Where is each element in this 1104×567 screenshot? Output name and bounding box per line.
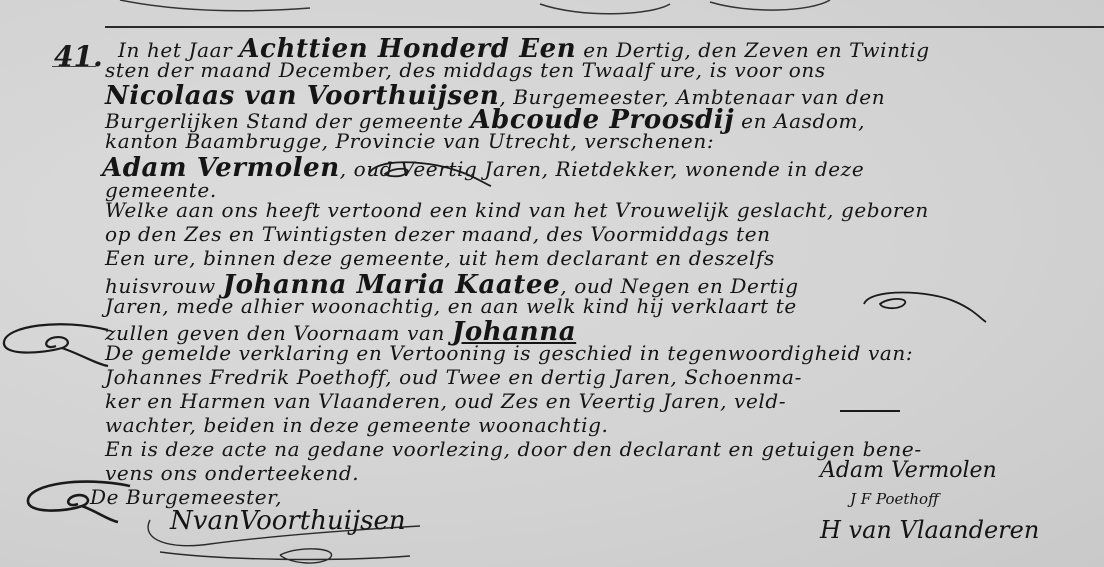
record-line-12: Jaren, mede alhier woonachtig, en aan we… [105, 294, 797, 318]
margin-flourish-1 [0, 320, 110, 370]
declarant-signature: Adam Vermolen [820, 458, 997, 483]
witness-1-signature: J F Poethoff [850, 490, 939, 508]
certificate-page: 41. In het Jaar Achttien Honderd Een en … [0, 0, 1104, 567]
record-line-19: vens ons onderteekend. [105, 461, 359, 485]
margin-flourish-2 [22, 480, 132, 540]
header-rule [105, 26, 1104, 28]
entry-number: 41. [54, 40, 103, 73]
record-line-16: ker en Harmen van Vlaanderen, oud Zes en… [105, 389, 786, 413]
mayor-signature: NvanVoorthuijsen [170, 506, 406, 536]
record-line-5: kanton Baambrugge, Provincie van Utrecht… [105, 129, 714, 153]
witness-2-signature: H van Vlaanderen [820, 516, 1039, 544]
record-line-17: wachter, beiden in deze gemeente woonach… [105, 413, 608, 437]
record-line-2: sten der maand December, des middags ten… [105, 58, 826, 82]
record-line-9: op den Zes en Twintigsten dezer maand, d… [105, 222, 771, 246]
record-line-14: De gemelde verklaring en Vertooning is g… [105, 341, 913, 365]
record-line-8: Welke aan ons heeft vertoond een kind va… [105, 198, 929, 222]
inline-flourish-1 [365, 160, 495, 190]
line-text: en Aasdom, [734, 109, 865, 133]
record-line-18: En is deze acte na gedane voorlezing, do… [105, 437, 922, 461]
closing-dash [840, 410, 900, 412]
record-line-15: Johannes Fredrik Poethoff, oud Twee en d… [105, 365, 802, 389]
inline-flourish-2 [860, 290, 990, 325]
record-line-10: Een ure, binnen deze gemeente, uit hem d… [105, 246, 775, 270]
entry-number-underline [52, 66, 96, 67]
